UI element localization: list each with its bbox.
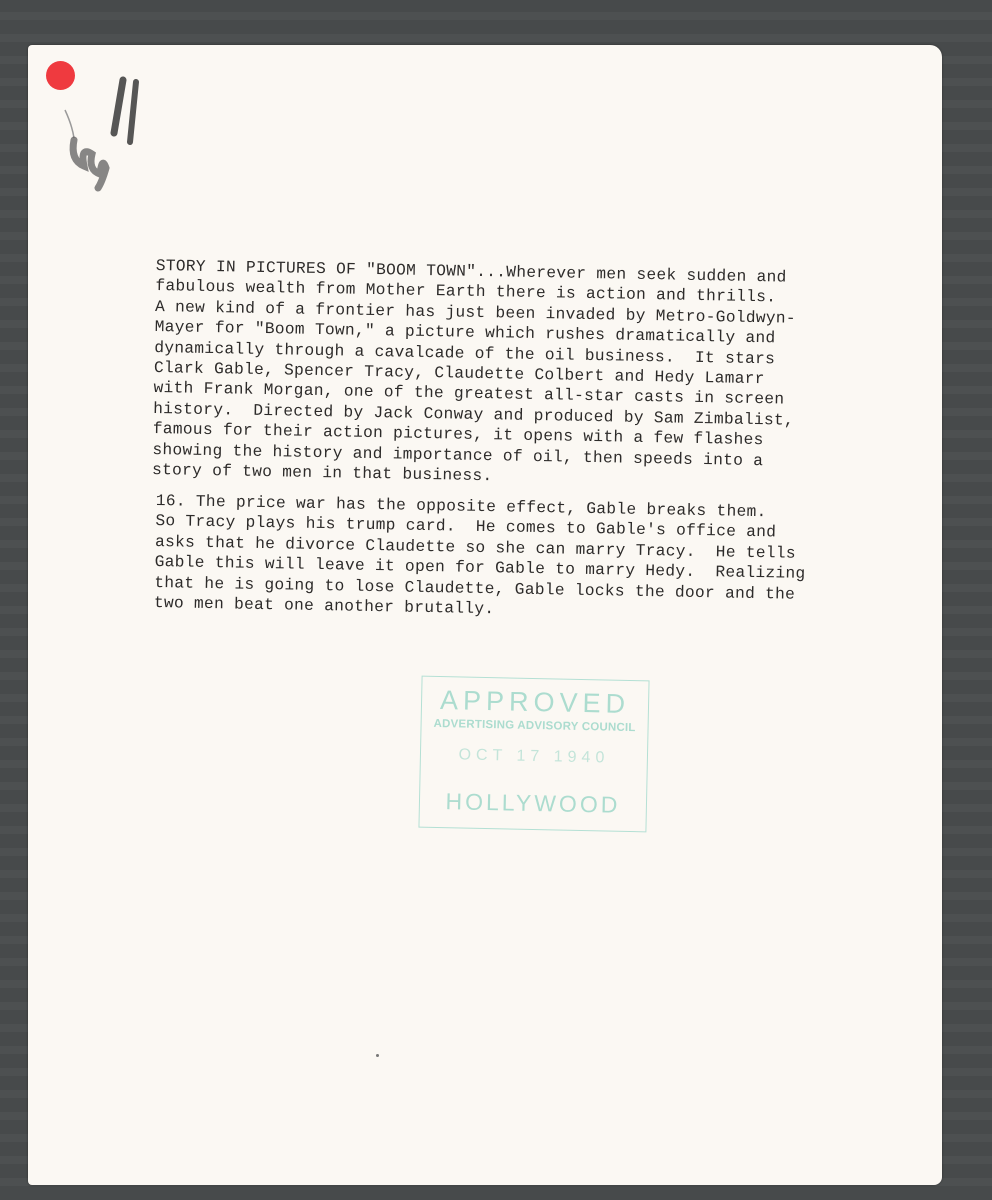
paper-speck (376, 1054, 379, 1057)
stamp-location: HOLLYWOOD (420, 788, 647, 820)
stamp-title: APPROVED (422, 685, 649, 721)
story-paragraph: STORY IN PICTURES OF "BOOM TOWN"...Where… (152, 256, 896, 494)
caption-paragraph: 16. The price war has the opposite effec… (154, 491, 896, 627)
stamp-date: OCT 17 1940 (421, 746, 647, 769)
pencil-mark-icon (60, 70, 150, 200)
stamp-subtitle: ADVERTISING ADVISORY COUNCIL (421, 718, 647, 735)
approval-stamp: APPROVED ADVERTISING ADVISORY COUNCIL OC… (418, 676, 649, 833)
